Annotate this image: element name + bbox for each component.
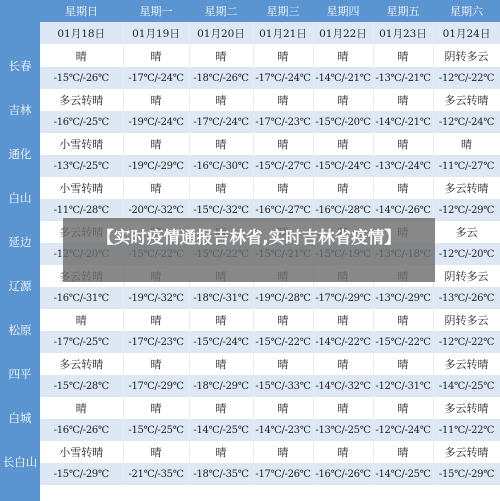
weather-cell: 晴: [189, 89, 253, 111]
temperature-cell: -17℃/-24℃: [189, 111, 253, 133]
temperature-cell: -17℃/-24℃: [253, 67, 313, 89]
temperature-cell: -17℃/-29℃: [123, 375, 189, 397]
city-label: 松原: [0, 308, 40, 352]
overlay-title-banner: 【实时疫情通报吉林省,实时吉林省疫情】: [63, 218, 435, 282]
weather-cell: 阴转多云: [433, 309, 500, 331]
weather-cell: 晴: [123, 133, 189, 155]
weather-cell: 小雪转晴: [40, 177, 123, 199]
temperature-cell: -14℃/-21℃: [313, 67, 373, 89]
temperature-cell: -15℃/-25℃: [123, 419, 189, 441]
weather-cell: 晴: [253, 441, 313, 463]
temperature-cell: -17℃/-23℃: [123, 331, 189, 353]
temperature-cell: -15℃/-29℃: [40, 463, 123, 485]
temperature-cell: -18℃/-35℃: [189, 463, 253, 485]
weather-cell: 晴: [253, 89, 313, 111]
weather-cell: 晴: [123, 441, 189, 463]
temperature-cell: -19℃/-28℃: [253, 287, 313, 309]
city-label: 白城: [0, 396, 40, 440]
weather-cell: 多云转晴: [433, 441, 500, 463]
weather-cell: 晴: [40, 397, 123, 419]
weather-row: 晴晴晴晴晴晴阴转多云: [40, 309, 500, 331]
temperature-row: -15℃/-29℃-21℃/-35℃-18℃/-35℃-17℃/-26℃-16℃…: [40, 463, 500, 485]
weather-row: 晴晴晴晴晴晴多云转晴: [40, 397, 500, 419]
weather-cell: 晴: [373, 45, 433, 68]
weather-cell: 晴: [253, 397, 313, 419]
temperature-cell: -13℃/-21℃: [373, 67, 433, 89]
temperature-cell: -21℃/-35℃: [123, 463, 189, 485]
weather-cell: 晴: [373, 397, 433, 419]
temperature-row: -16℃/-25℃-19℃/-24℃-17℃/-24℃-17℃/-23℃-15℃…: [40, 111, 500, 133]
date-cell: 01月18日: [40, 22, 123, 45]
date-cell: 01月21日: [253, 22, 313, 45]
temperature-cell: -16℃/-30℃: [189, 155, 253, 177]
weekday-header: 星期四: [313, 0, 373, 22]
city-label: 长白山: [0, 440, 40, 484]
temperature-cell: -15℃/-26℃: [40, 67, 123, 89]
temperature-cell: -15℃/-22℃: [253, 331, 313, 353]
temperature-cell: -18℃/-31℃: [189, 287, 253, 309]
weekday-header: 星期二: [189, 0, 253, 22]
city-label: 长春: [0, 44, 40, 88]
weather-cell: 晴: [123, 309, 189, 331]
weather-cell: 晴: [253, 353, 313, 375]
weather-cell: 晴: [313, 353, 373, 375]
city-label: 延边: [0, 220, 40, 264]
temperature-cell: -18℃/-29℃: [189, 375, 253, 397]
city-label: 四平: [0, 352, 40, 396]
weather-cell: 小雪转晴: [40, 441, 123, 463]
city-label: 白山: [0, 176, 40, 220]
temperature-cell: -15℃/-22℃: [373, 331, 433, 353]
temperature-row: -16℃/-26℃-15℃/-25℃-14℃/-25℃-14℃/-23℃-13℃…: [40, 419, 500, 441]
city-label: 吉林: [0, 88, 40, 132]
temperature-cell: -12℃/-22℃: [433, 331, 500, 353]
city-label: 通化: [0, 132, 40, 176]
temperature-cell: -16℃/-26℃: [40, 419, 123, 441]
date-cell: 01月20日: [189, 22, 253, 45]
temperature-cell: -12℃/-29℃: [433, 199, 500, 221]
date-cell: 01月24日: [433, 22, 500, 45]
weather-cell: 多云转晴: [433, 353, 500, 375]
temperature-cell: -15℃/-33℃: [253, 375, 313, 397]
weather-cell: 晴: [40, 309, 123, 331]
weather-cell: 晴: [123, 353, 189, 375]
temperature-cell: -12℃/-24℃: [433, 111, 500, 133]
weather-cell: 晴: [123, 397, 189, 419]
weather-cell: 晴: [40, 45, 123, 68]
weather-cell: 晴: [313, 397, 373, 419]
weather-row: 晴晴晴晴晴晴阴转多云: [40, 45, 500, 68]
temperature-cell: -12℃/-22℃: [433, 67, 500, 89]
temperature-cell: -15℃/-24℃: [313, 155, 373, 177]
weather-cell: 晴: [373, 441, 433, 463]
temperature-row: -17℃/-25℃-17℃/-23℃-15℃/-24℃-15℃/-22℃-14℃…: [40, 331, 500, 353]
temperature-cell: -14℃/-23℃: [253, 419, 313, 441]
temperature-cell: -15℃/-28℃: [40, 375, 123, 397]
weather-cell: 晴: [253, 309, 313, 331]
weather-cell: 晴: [313, 133, 373, 155]
weather-cell: 晴: [313, 309, 373, 331]
weather-cell: 晴: [123, 45, 189, 68]
weather-cell: 晴: [253, 45, 313, 68]
weather-cell: 晴: [313, 89, 373, 111]
temperature-cell: -16℃/-26℃: [313, 463, 373, 485]
weather-row: 小雪转晴晴晴晴晴晴多云转晴: [40, 441, 500, 463]
date-row: 01月18日 01月19日 01月20日 01月21日 01月22日 01月23…: [40, 22, 500, 45]
weather-cell: 晴: [313, 45, 373, 68]
temperature-cell: -17℃/-25℃: [40, 331, 123, 353]
weather-cell: 晴: [373, 177, 433, 199]
weather-cell: 小雪转晴: [40, 133, 123, 155]
temperature-row: -15℃/-28℃-17℃/-29℃-18℃/-29℃-15℃/-33℃-14℃…: [40, 375, 500, 397]
temperature-cell: -15℃/-27℃: [253, 155, 313, 177]
weekday-header: 星期五: [373, 0, 433, 22]
temperature-cell: -13℃/-25℃: [313, 419, 373, 441]
temperature-cell: -16℃/-31℃: [40, 287, 123, 309]
temperature-cell: -17℃/-26℃: [253, 463, 313, 485]
weather-cell: 晴: [189, 397, 253, 419]
temperature-cell: -11℃/-27℃: [433, 155, 500, 177]
temperature-cell: -17℃/-24℃: [123, 67, 189, 89]
temperature-cell: -12℃/-24℃: [373, 419, 433, 441]
temperature-cell: -14℃/-21℃: [373, 111, 433, 133]
weather-cell: 晴: [373, 353, 433, 375]
weather-forecast-table-image: 星期日 星期一 星期二 星期三 星期四 星期五 星期六 01月18日 01月19…: [0, 0, 500, 501]
temperature-row: -16℃/-31℃-19℃/-32℃-18℃/-31℃-19℃/-28℃-17℃…: [40, 287, 500, 309]
temperature-cell: -13℃/-29℃: [373, 287, 433, 309]
temperature-cell: -11℃/-22℃: [433, 419, 500, 441]
weather-cell: 晴: [253, 177, 313, 199]
temperature-cell: -12℃/-31℃: [373, 375, 433, 397]
temperature-cell: -15℃/-29℃: [433, 463, 500, 485]
weather-row: 多云转晴晴晴晴晴晴多云转晴: [40, 353, 500, 375]
date-cell: 01月23日: [373, 22, 433, 45]
temperature-cell: -14℃/-25℃: [373, 463, 433, 485]
weather-cell: 阴转多云: [433, 45, 500, 68]
temperature-cell: -19℃/-29℃: [123, 155, 189, 177]
temperature-cell: -15℃/-20℃: [313, 111, 373, 133]
weekday-header: 星期日: [40, 0, 123, 22]
temperature-cell: -17℃/-29℃: [313, 287, 373, 309]
temperature-cell: -14℃/-25℃: [433, 375, 500, 397]
weekday-row: 星期日 星期一 星期二 星期三 星期四 星期五 星期六: [40, 0, 500, 22]
weather-cell: 多云: [433, 221, 500, 243]
city-labels: 长春吉林通化白山延边辽源松原四平白城长白山: [0, 44, 40, 484]
weather-cell: 晴: [123, 89, 189, 111]
weekday-header: 星期三: [253, 0, 313, 22]
temperature-cell: -19℃/-32℃: [123, 287, 189, 309]
temperature-cell: -17℃/-23℃: [253, 111, 313, 133]
weather-cell: 多云转晴: [433, 89, 500, 111]
temperature-cell: -13℃/-24℃: [373, 155, 433, 177]
city-label: 辽源: [0, 264, 40, 308]
temperature-cell: -18℃/-26℃: [189, 67, 253, 89]
weather-row: 小雪转晴晴晴晴晴晴多云转晴: [40, 177, 500, 199]
weather-cell: 晴: [189, 441, 253, 463]
weather-cell: 晴: [313, 441, 373, 463]
temperature-cell: -12℃/-20℃: [433, 243, 500, 265]
temperature-cell: -15℃/-24℃: [189, 331, 253, 353]
weather-cell: 晴: [189, 133, 253, 155]
weather-cell: 阴转多云: [433, 265, 500, 287]
temperature-cell: -13℃/-26℃: [433, 287, 500, 309]
temperature-cell: -14℃/-32℃: [313, 375, 373, 397]
weekday-header: 星期一: [123, 0, 189, 22]
weather-cell: 多云转晴: [40, 89, 123, 111]
date-cell: 01月19日: [123, 22, 189, 45]
weather-cell: 晴: [373, 133, 433, 155]
weather-cell: 晴: [313, 177, 373, 199]
weather-cell: 晴: [433, 133, 500, 155]
temperature-cell: -19℃/-24℃: [123, 111, 189, 133]
temperature-cell: -16℃/-25℃: [40, 111, 123, 133]
date-cell: 01月22日: [313, 22, 373, 45]
weather-cell: 晴: [373, 89, 433, 111]
weather-cell: 晴: [253, 133, 313, 155]
temperature-cell: -13℃/-25℃: [40, 155, 123, 177]
weather-cell: 晴: [189, 309, 253, 331]
weather-cell: 多云转晴: [433, 397, 500, 419]
weather-cell: 晴: [123, 177, 189, 199]
weather-row: 多云转晴晴晴晴晴晴多云转晴: [40, 89, 500, 111]
temperature-cell: -14℃/-22℃: [313, 331, 373, 353]
temperature-row: -15℃/-26℃-17℃/-24℃-18℃/-26℃-17℃/-24℃-14℃…: [40, 67, 500, 89]
weather-cell: 晴: [373, 309, 433, 331]
weather-cell: 晴: [189, 45, 253, 68]
weather-cell: 多云转晴: [433, 177, 500, 199]
temperature-row: -13℃/-25℃-19℃/-29℃-16℃/-30℃-15℃/-27℃-15℃…: [40, 155, 500, 177]
weather-row: 小雪转晴晴晴晴晴晴晴: [40, 133, 500, 155]
weather-cell: 多云转晴: [40, 353, 123, 375]
weather-cell: 晴: [189, 177, 253, 199]
weekday-header: 星期六: [433, 0, 500, 22]
weather-cell: 晴: [189, 353, 253, 375]
temperature-cell: -14℃/-25℃: [189, 419, 253, 441]
